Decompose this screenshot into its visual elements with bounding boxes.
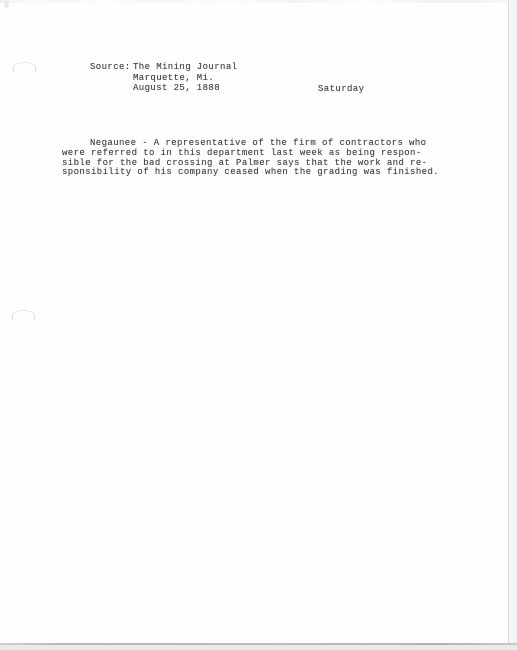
paper-curl-mark-lower [12, 310, 35, 320]
source-day-of-week: Saturday [318, 84, 364, 95]
scan-right-edge-line [508, 0, 509, 645]
article-line: sponsibility of his company ceased when … [62, 168, 492, 178]
scanned-document-page: Source: The Mining Journal Marquette, Mi… [0, 0, 517, 650]
scan-right-edge-strip [509, 0, 517, 650]
source-location: Marquette, Mi. [133, 73, 214, 84]
scan-bottom-edge-shadow [0, 645, 517, 650]
source-label: Source: [90, 62, 131, 73]
article-paragraph: Negaunee - A representative of the firm … [62, 139, 492, 178]
source-publication: The Mining Journal [133, 62, 237, 73]
scan-top-edge-smudge [0, 0, 517, 3]
scan-corner-smudge [4, 1, 9, 8]
paper-curl-mark-upper [13, 62, 36, 72]
source-date: August 25, 1888 [133, 83, 220, 94]
